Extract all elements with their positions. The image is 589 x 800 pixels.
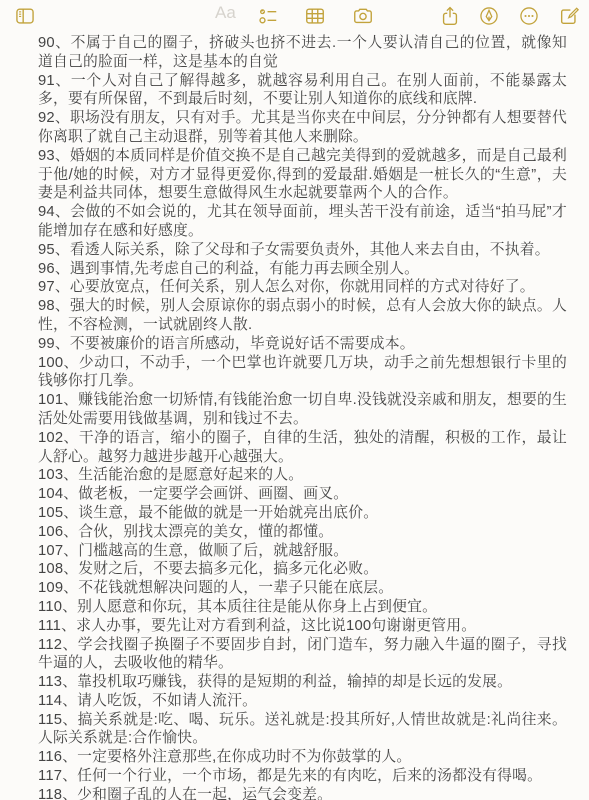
table-icon[interactable] — [303, 4, 326, 27]
note-item: 104、做老板，一定要学会画饼、画圈、画叉。 — [38, 485, 567, 504]
note-item: 109、不花钱就想解决问题的人，一辈子只能在底层。 — [38, 579, 567, 598]
note-item: 100、少动口，不动手，一个巴掌也许就要几万块，动手之前先想想银行卡里的钱够你打… — [38, 354, 567, 392]
sidebar-toggle-icon[interactable] — [13, 4, 36, 27]
note-item: 93、婚姻的本质同样是价值交换不是自己越完美得到的爱就越多，而是自己最利于他/她… — [38, 147, 567, 203]
checklist-icon[interactable] — [256, 4, 279, 27]
note-item: 95、看透人际关系，除了父母和子女需要负责外，其他人来去自由，不执着。 — [38, 241, 567, 260]
note-item: 112、学会找圈子换圈子不要固步自封，闭门造车，努力融入牛逼的圈子，寻找牛逼的人… — [38, 636, 567, 674]
note-item: 110、别人愿意和你玩，其本质往往是能从你身上占到便宜。 — [38, 598, 567, 617]
note-item: 90、不属于自己的圈子，挤破头也挤不进去.一个人要认清自己的位置，就像知道自己的… — [38, 34, 567, 72]
note-item: 114、请人吃饭，不如请人流汗。 — [38, 692, 567, 711]
markup-icon[interactable] — [477, 4, 500, 27]
more-icon[interactable] — [517, 4, 540, 27]
note-item: 94、会做的不如会说的，尤其在领导面前，埋头苦干没有前途，适当“拍马屁”才能增加… — [38, 203, 567, 241]
note-item: 108、发财之后，不要去搞多元化，搞多元化必败。 — [38, 560, 567, 579]
note-item: 113、靠投机取巧赚钱，获得的是短期的利益，输掉的却是长远的发展。 — [38, 673, 567, 692]
notes-toolbar: Aa — [0, 0, 589, 30]
note-item: 105、谈生意，最不能做的就是一开始就亮出底价。 — [38, 504, 567, 523]
note-item: 106、合伙，别找太漂亮的美女，懂的都懂。 — [38, 523, 567, 542]
note-item: 116、一定要格外注意那些,在你成功时不为你鼓掌的人。 — [38, 748, 567, 767]
note-item: 101、赚钱能治愈一切矫情,有钱能治愈一切自卑.没钱就没亲戚和朋友，想要的生活处… — [38, 391, 567, 429]
note-body[interactable]: 90、不属于自己的圈子，挤破头也挤不进去.一个人要认清自己的位置，就像知道自己的… — [0, 30, 589, 800]
text-format-control[interactable]: Aa — [215, 3, 236, 23]
note-item: 92、职场没有朋友，只有对手。尤其是当你夹在中间层，分分钟都有人想要替代你离职了… — [38, 109, 567, 147]
note-item: 117、任何一个行业，一个市场，都是先来的有肉吃，后来的汤都没有得喝。 — [38, 767, 567, 786]
share-icon[interactable] — [438, 4, 461, 27]
note-item: 96、遇到事情,先考虑自己的利益，有能力再去顾全别人。 — [38, 260, 567, 279]
note-item: 103、生活能治愈的是愿意好起来的人。 — [38, 466, 567, 485]
note-item: 99、不要被廉价的语言所感动，毕竟说好话不需要成本。 — [38, 335, 567, 354]
note-item: 118、少和圈子乱的人在一起，运气会变差。 — [38, 786, 567, 800]
note-item: 102、干净的语言，缩小的圈子，自律的生活，独处的清醒，积极的工作，最让人舒心。… — [38, 429, 567, 467]
note-item: 97、心要放宽点，任何关系，别人怎么对你，你就用同样的方式对待好了。 — [38, 278, 567, 297]
note-item: 107、门槛越高的生意，做顺了后，就越舒服。 — [38, 542, 567, 561]
camera-icon[interactable] — [351, 4, 374, 27]
compose-icon[interactable] — [557, 4, 580, 27]
note-item: 98、强大的时候，别人会原谅你的弱点弱小的时候，总有人会放大你的缺点。人性，不容… — [38, 297, 567, 335]
note-item: 115、搞关系就是:吃、喝、玩乐。送礼就是:投其所好,人情世故就是:礼尚往来。人… — [38, 711, 567, 749]
note-item: 111、求人办事，要先让对方看到利益，这比说100句谢谢更管用。 — [38, 617, 567, 636]
note-item: 91、一个人对自己了解得越多，就越容易利用自己。在别人面前，不能暴露太多，要有所… — [38, 72, 567, 110]
